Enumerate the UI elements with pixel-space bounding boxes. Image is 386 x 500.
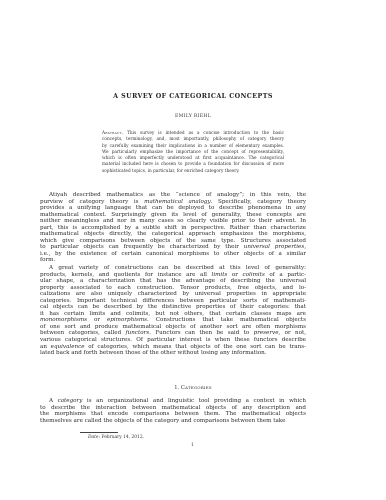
text-line: themselves are called the objects of the… [40, 418, 306, 425]
footnote-text: : February 14, 2012. [99, 435, 145, 440]
text-line: form. [40, 257, 306, 264]
paragraph-3: A category is an organizational and ling… [40, 398, 306, 424]
section-number: 1. [174, 385, 179, 391]
abstract: Abstract. This survey is intended as a c… [102, 131, 284, 175]
abstract-line: material included here is chosen to prov… [102, 162, 284, 168]
author-name: EMILY RIEHL [0, 114, 386, 119]
paper-title: A SURVEY OF CATEGORICAL CONCEPTS [0, 93, 386, 100]
page-number: 1 [191, 443, 194, 448]
paragraph-1: Atiyah described mathematics as the “sci… [40, 192, 306, 264]
text-line: lated back and forth between those of th… [40, 350, 306, 357]
section-heading: 1. Categories [0, 385, 386, 391]
footnote-label: Date [88, 435, 99, 440]
abstract-line: concepts, terminology, and, most importa… [102, 137, 284, 143]
abstract-line: by carefully examining their implication… [102, 144, 284, 150]
abstract-line: sophisticated topics, in particular, for… [102, 169, 284, 175]
footnote: Date: February 14, 2012. [88, 435, 144, 440]
footnote-rule [80, 432, 118, 433]
paragraph-2: A great variety of constructions can be … [40, 265, 306, 357]
abstract-label: Abstract. [102, 131, 123, 136]
section-title: Categories [181, 385, 212, 391]
text-line: i.e., by the existence of certain canoni… [40, 251, 306, 258]
